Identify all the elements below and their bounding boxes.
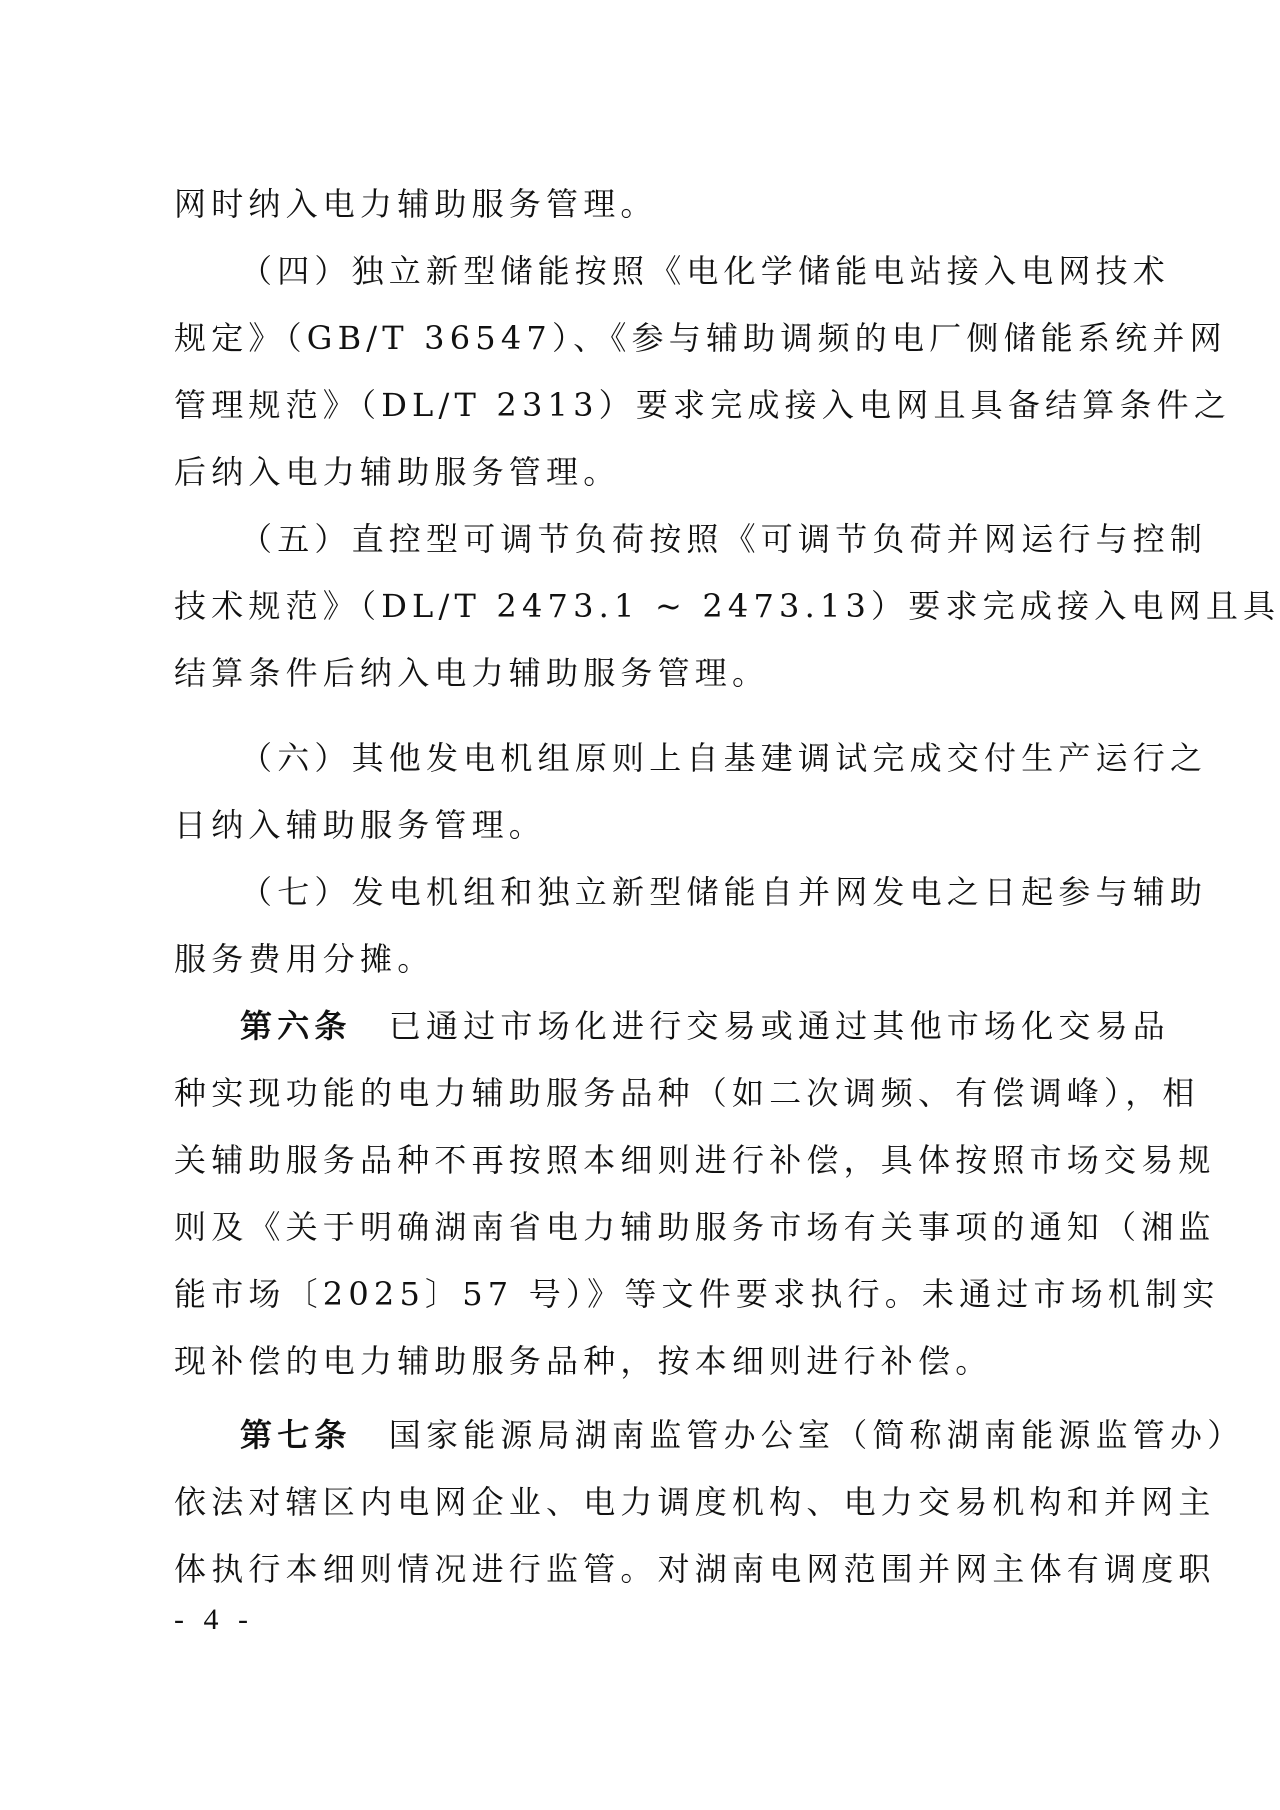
- text-line-clause-7: （七）发电机组和独立新型储能自并网发电之日起参与辅助: [174, 862, 1124, 922]
- page-number: - 4 -: [174, 1600, 254, 1640]
- text-line: 管理规范》（DL/T 2313）要求完成接入电网且具备结算条件之: [174, 375, 1124, 435]
- text-line: 能市场〔2025〕57 号）》等文件要求执行。未通过市场机制实: [174, 1264, 1124, 1324]
- article-label: 第六条: [240, 1007, 352, 1045]
- line-text: 现补偿的电力辅助服务品种，按本细则进行补偿。: [174, 1342, 992, 1380]
- text-line: 则及《关于明确湖南省电力辅助服务市场有关事项的通知（湘监: [174, 1197, 1124, 1257]
- article-7-heading-line: 第七条 国家能源局湖南监管办公室（简称湖南能源监管办）: [174, 1405, 1124, 1465]
- line-text: （五）直控型可调节负荷按照《可调节负荷并网运行与控制: [240, 520, 1207, 558]
- line-text: 网时纳入电力辅助服务管理。: [174, 185, 658, 223]
- text-line: 规定》（GB/T 36547）、《参与辅助调频的电厂侧储能系统并网: [174, 308, 1124, 368]
- line-text: 能市场〔2025〕57 号）》等文件要求执行。未通过市场机制实: [174, 1275, 1220, 1313]
- line-text: 体执行本细则情况进行监管。对湖南电网范围并网主体有调度职: [174, 1550, 1216, 1588]
- article-6-heading-line: 第六条 已通过市场化进行交易或通过其他市场化交易品: [174, 996, 1124, 1056]
- line-text: 后纳入电力辅助服务管理。: [174, 453, 620, 491]
- text-line: 网时纳入电力辅助服务管理。: [174, 174, 1124, 234]
- line-text: 规定》（GB/T 36547）、《参与辅助调频的电厂侧储能系统并网: [174, 319, 1227, 357]
- text-line: 现补偿的电力辅助服务品种，按本细则进行补偿。: [174, 1331, 1124, 1391]
- line-text: 技术规范》（DL/T 2473.1 ~ 2473.13）要求完成接入电网且具备: [174, 587, 1280, 625]
- text-line: 依法对辖区内电网企业、电力调度机构、电力交易机构和并网主: [174, 1472, 1124, 1532]
- text-line-clause-4: （四）独立新型储能按照《电化学储能电站接入电网技术: [174, 241, 1124, 301]
- line-text: （四）独立新型储能按照《电化学储能电站接入电网技术: [240, 252, 1170, 290]
- line-text: 种实现功能的电力辅助服务品种（如二次调频、有偿调峰），相: [174, 1074, 1200, 1112]
- text-line-clause-5: （五）直控型可调节负荷按照《可调节负荷并网运行与控制: [174, 509, 1124, 569]
- line-text: 依法对辖区内电网企业、电力调度机构、电力交易机构和并网主: [174, 1483, 1216, 1521]
- line-text: 结算条件后纳入电力辅助服务管理。: [174, 654, 769, 692]
- text-line: 结算条件后纳入电力辅助服务管理。: [174, 643, 1124, 703]
- line-text: 服务费用分摊。: [174, 940, 434, 978]
- line-text: 管理规范》（DL/T 2313）要求完成接入电网且具备结算条件之: [174, 386, 1231, 424]
- line-text: 关辅助服务品种不再按照本细则进行补偿，具体按照市场交易规: [174, 1141, 1216, 1179]
- line-text: （七）发电机组和独立新型储能自并网发电之日起参与辅助: [240, 873, 1207, 911]
- line-text: （六）其他发电机组原则上自基建调试完成交付生产运行之: [240, 739, 1207, 777]
- article-label: 第七条: [240, 1416, 352, 1454]
- text-line: 技术规范》（DL/T 2473.1 ~ 2473.13）要求完成接入电网且具备: [174, 576, 1124, 636]
- line-text: 日纳入辅助服务管理。: [174, 806, 546, 844]
- line-text: 已通过市场化进行交易或通过其他市场化交易品: [352, 1007, 1170, 1045]
- document-page: 网时纳入电力辅助服务管理。 （四）独立新型储能按照《电化学储能电站接入电网技术 …: [0, 0, 1280, 1810]
- text-line: 日纳入辅助服务管理。: [174, 795, 1124, 855]
- text-line-clause-6: （六）其他发电机组原则上自基建调试完成交付生产运行之: [174, 728, 1124, 788]
- text-line: 体执行本细则情况进行监管。对湖南电网范围并网主体有调度职: [174, 1539, 1124, 1599]
- text-line: 种实现功能的电力辅助服务品种（如二次调频、有偿调峰），相: [174, 1063, 1124, 1123]
- line-text: 国家能源局湖南监管办公室（简称湖南能源监管办）: [352, 1416, 1245, 1454]
- text-line: 服务费用分摊。: [174, 929, 1124, 989]
- text-line: 关辅助服务品种不再按照本细则进行补偿，具体按照市场交易规: [174, 1130, 1124, 1190]
- line-text: 则及《关于明确湖南省电力辅助服务市场有关事项的通知（湘监: [174, 1208, 1216, 1246]
- text-line: 后纳入电力辅助服务管理。: [174, 442, 1124, 502]
